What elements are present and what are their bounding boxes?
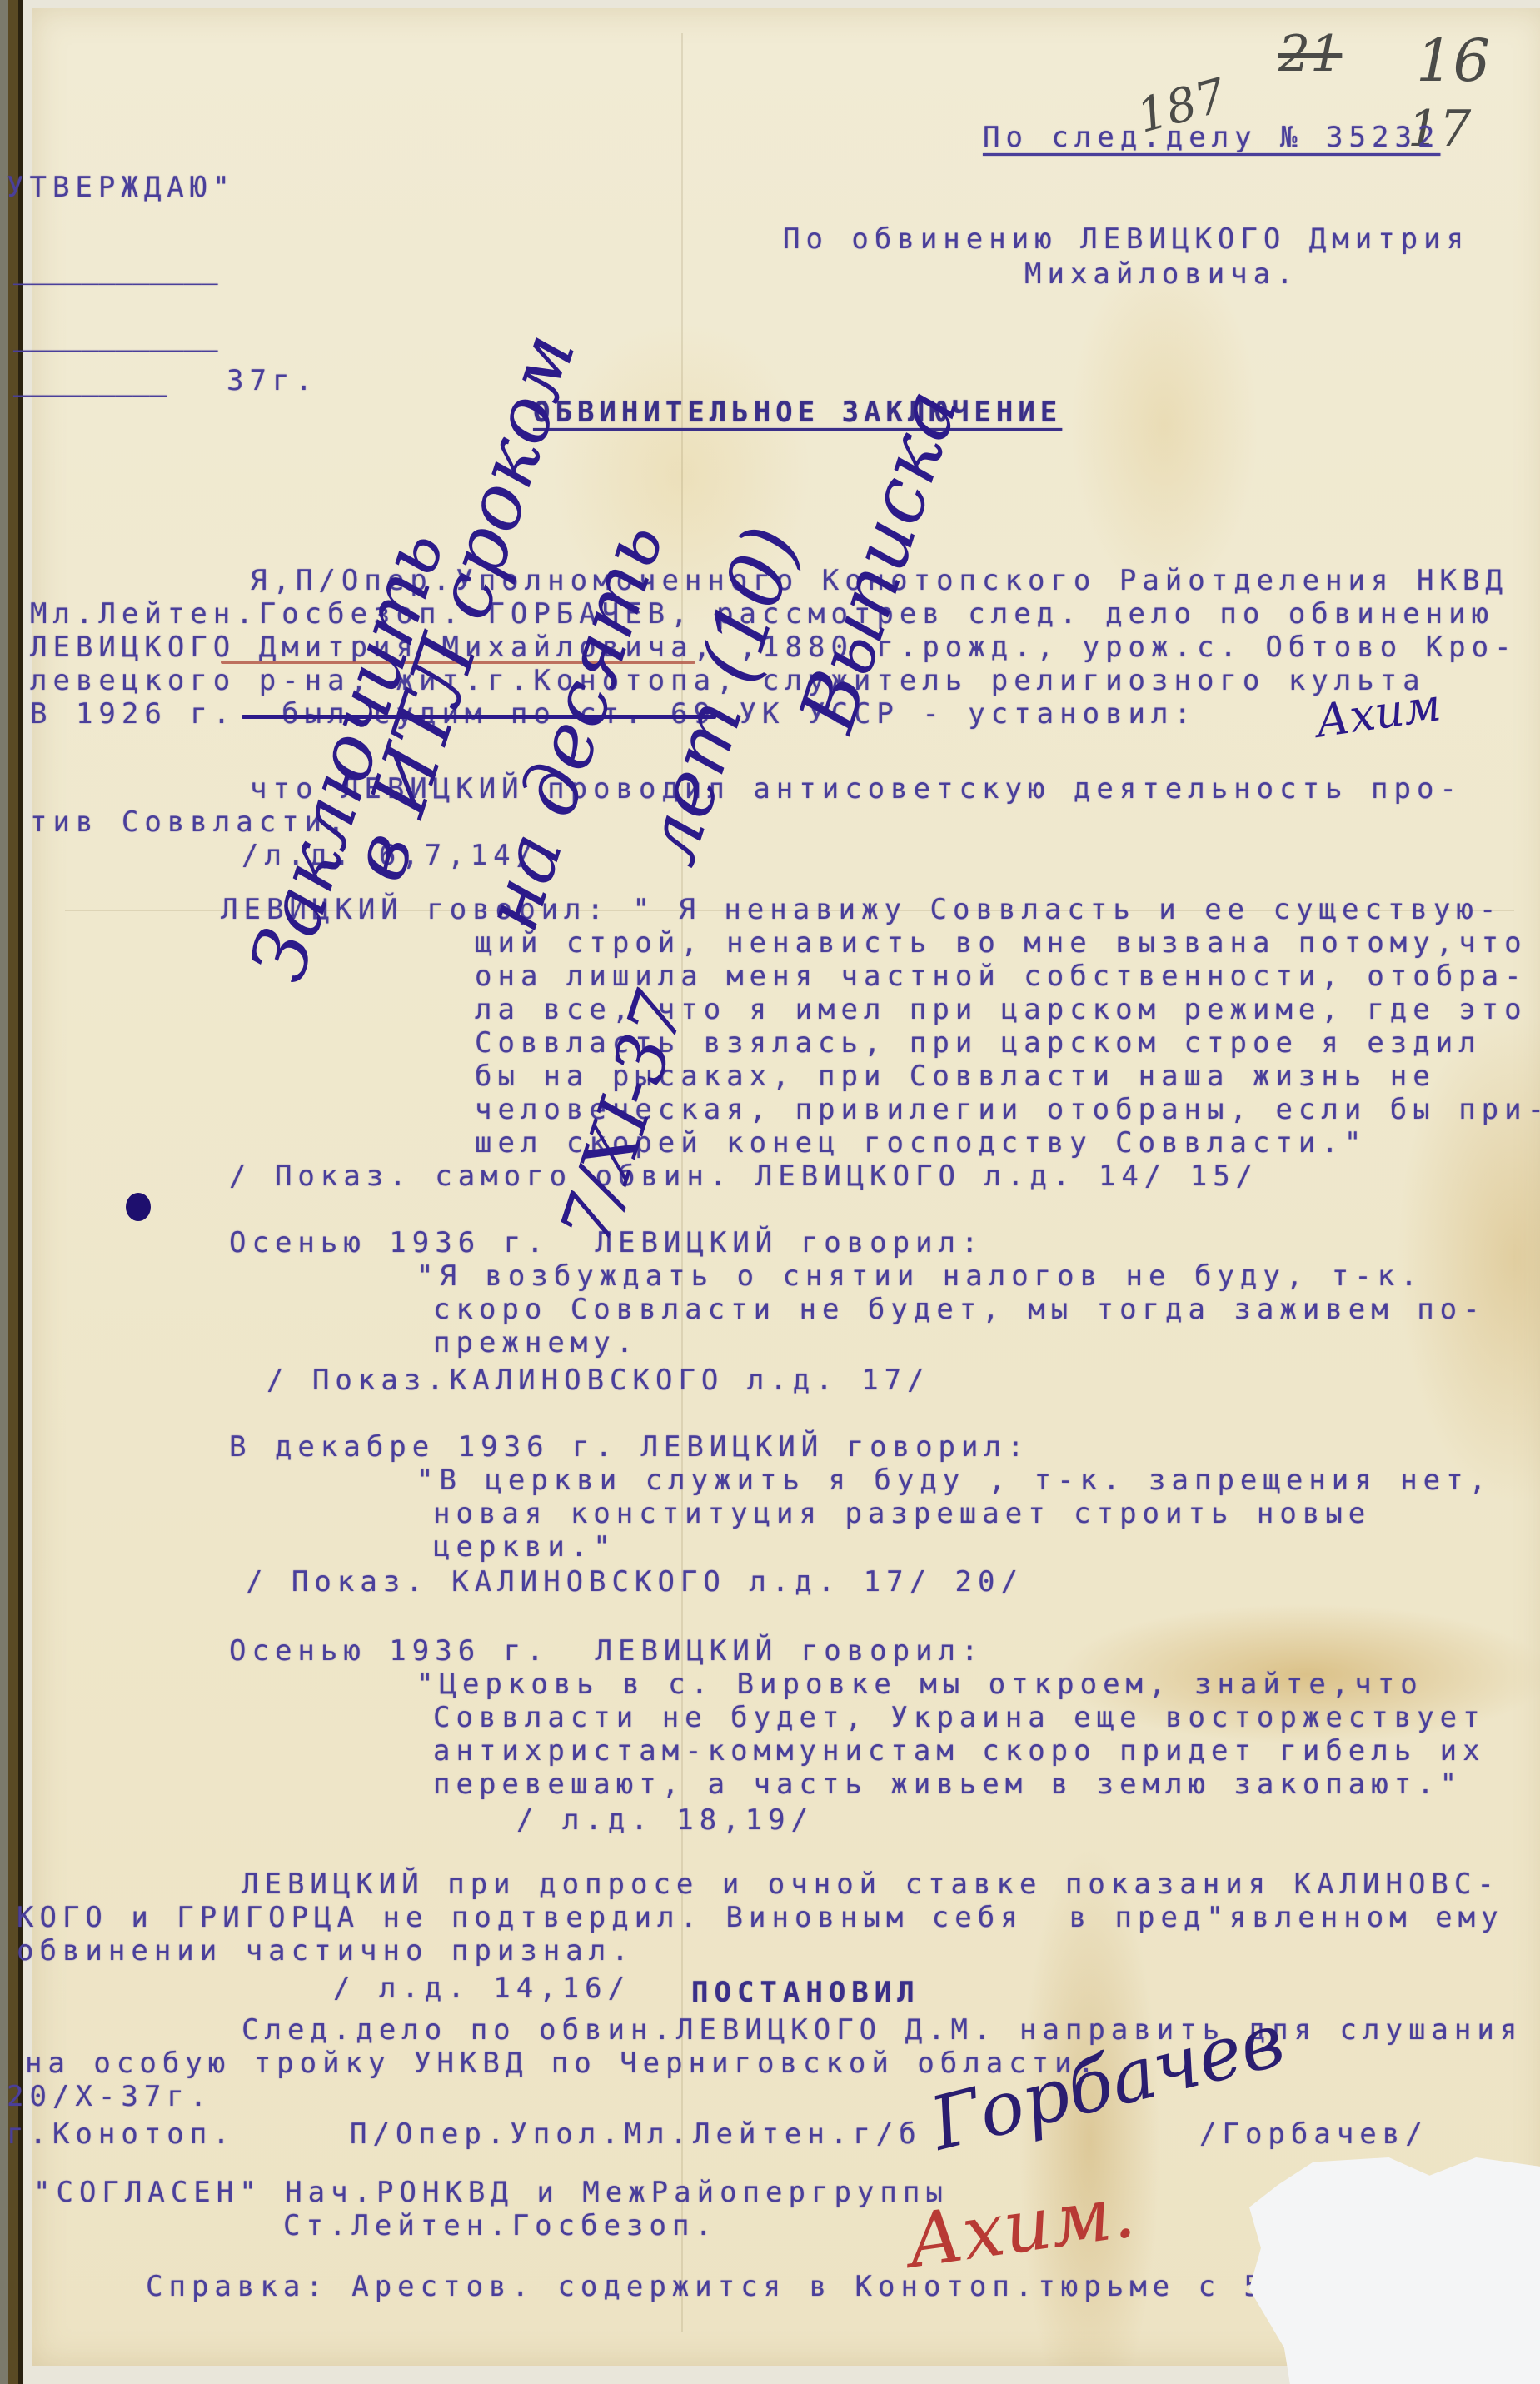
quote-line: "Я возбуждать о снятии налогов не буду, … [416,1262,1423,1290]
quote-line: скоро Соввласти не будет, мы тогда зажив… [433,1295,1486,1324]
quote-line: щий строй, ненависть во мне вызвана пото… [475,929,1528,957]
quote-line: Соввласти не будет, Украина еще восторже… [433,1703,1486,1732]
quote-line: "В церкви служить я буду , т-к. запрещен… [416,1466,1492,1494]
ink-blot [126,1193,151,1221]
custody-note: Справка: Арестов. содержится в Конотоп.т… [146,2272,1313,2301]
quote-reference: / Показ. КАЛИНОВСКОГО л.д. 17/ 20/ [246,1568,1024,1596]
quote-line: прежнему. [433,1329,639,1357]
conclusion-line: ЛЕВИЦКИЙ при допросе и очной ставке пока… [242,1870,1500,1898]
conclusion-line: КОГО и ГРИГОРЦА не подтвердил. Виновным … [17,1903,1504,1932]
header-year: 37г. [227,367,318,395]
resolution-heading: ПОСТАНОВИЛ [691,1978,920,2007]
resolution-line: След.дело по обвин.ЛЕВИЦКОГО Д.М. направ… [242,2016,1523,2044]
signature-blank: ____________ [13,255,218,283]
quote-reference: / л.д. 18,19/ [516,1806,814,1834]
date-blank: _________ [13,367,167,395]
conclusion-reference: / л.д. 14,16/ [333,1974,630,2002]
quote-lead: ЛЕВИЦКИЙ говорил: " Я ненавижу Соввласть… [221,895,1502,924]
quote-reference: / Показ. самого обвин. ЛЕВИЦКОГО л.д. 14… [229,1162,1258,1190]
quote-line: перевешают, а часть живьем в землю закоп… [433,1770,1463,1798]
approve-label: УТВЕРЖДАЮ" [7,173,236,202]
quote-lead: В декабре 1936 г. ЛЕВИЦКИЙ говорил: [229,1433,1029,1461]
case-reference: По след.делу № 35232 [983,123,1440,152]
torn-corner [1249,2157,1540,2384]
accusation-line-1: По обвинению ЛЕВИЦКОГО Дмитрия [783,225,1469,253]
folio-crossed: 21 [1278,25,1342,83]
signature-blank: ____________ [13,322,218,350]
resolution-line: на особую тройку УНКВД по Черниговской о… [25,2049,1100,2077]
signatory-name: /Горбачев/ [1199,2120,1428,2148]
document-date: 20/Х-37г. [7,2082,212,2111]
quote-reference: / Показ.КАЛИНОВСКОГО л.д. 17/ [267,1366,930,1394]
quote-line: "Церковь в с. Вировке мы откроем, знайте… [416,1670,1423,1698]
agreed-line: "СОГЛАСЕН" Нач.РОНКВД и МежРайопергруппы [33,2178,949,2207]
quote-line: новая конституция разрешает строить новы… [433,1499,1371,1528]
agreed-line: Ст.Лейтен.Госбезоп. [283,2212,718,2240]
conclusion-line: обвинении частично признал. [17,1937,635,1965]
signatory-title: П/Опер.Упол.Мл.Лейтен.г/б [350,2120,922,2148]
document-place: г.Конотоп. [7,2120,236,2148]
document-title: ОБВИНИТЕЛЬНОЕ ЗАКЛЮЧЕНИЕ [533,398,1062,426]
accusation-line-2: Михайловича. [1024,260,1299,288]
folio-number: 16 [1416,27,1490,95]
folder-binding [0,0,23,2384]
quote-line: церкви." [433,1533,616,1561]
quote-lead: Осенью 1936 г. ЛЕВИЦКИЙ говорил: [229,1637,984,1665]
quote-line: антихристам-коммунистам скоро придет гиб… [433,1737,1486,1765]
